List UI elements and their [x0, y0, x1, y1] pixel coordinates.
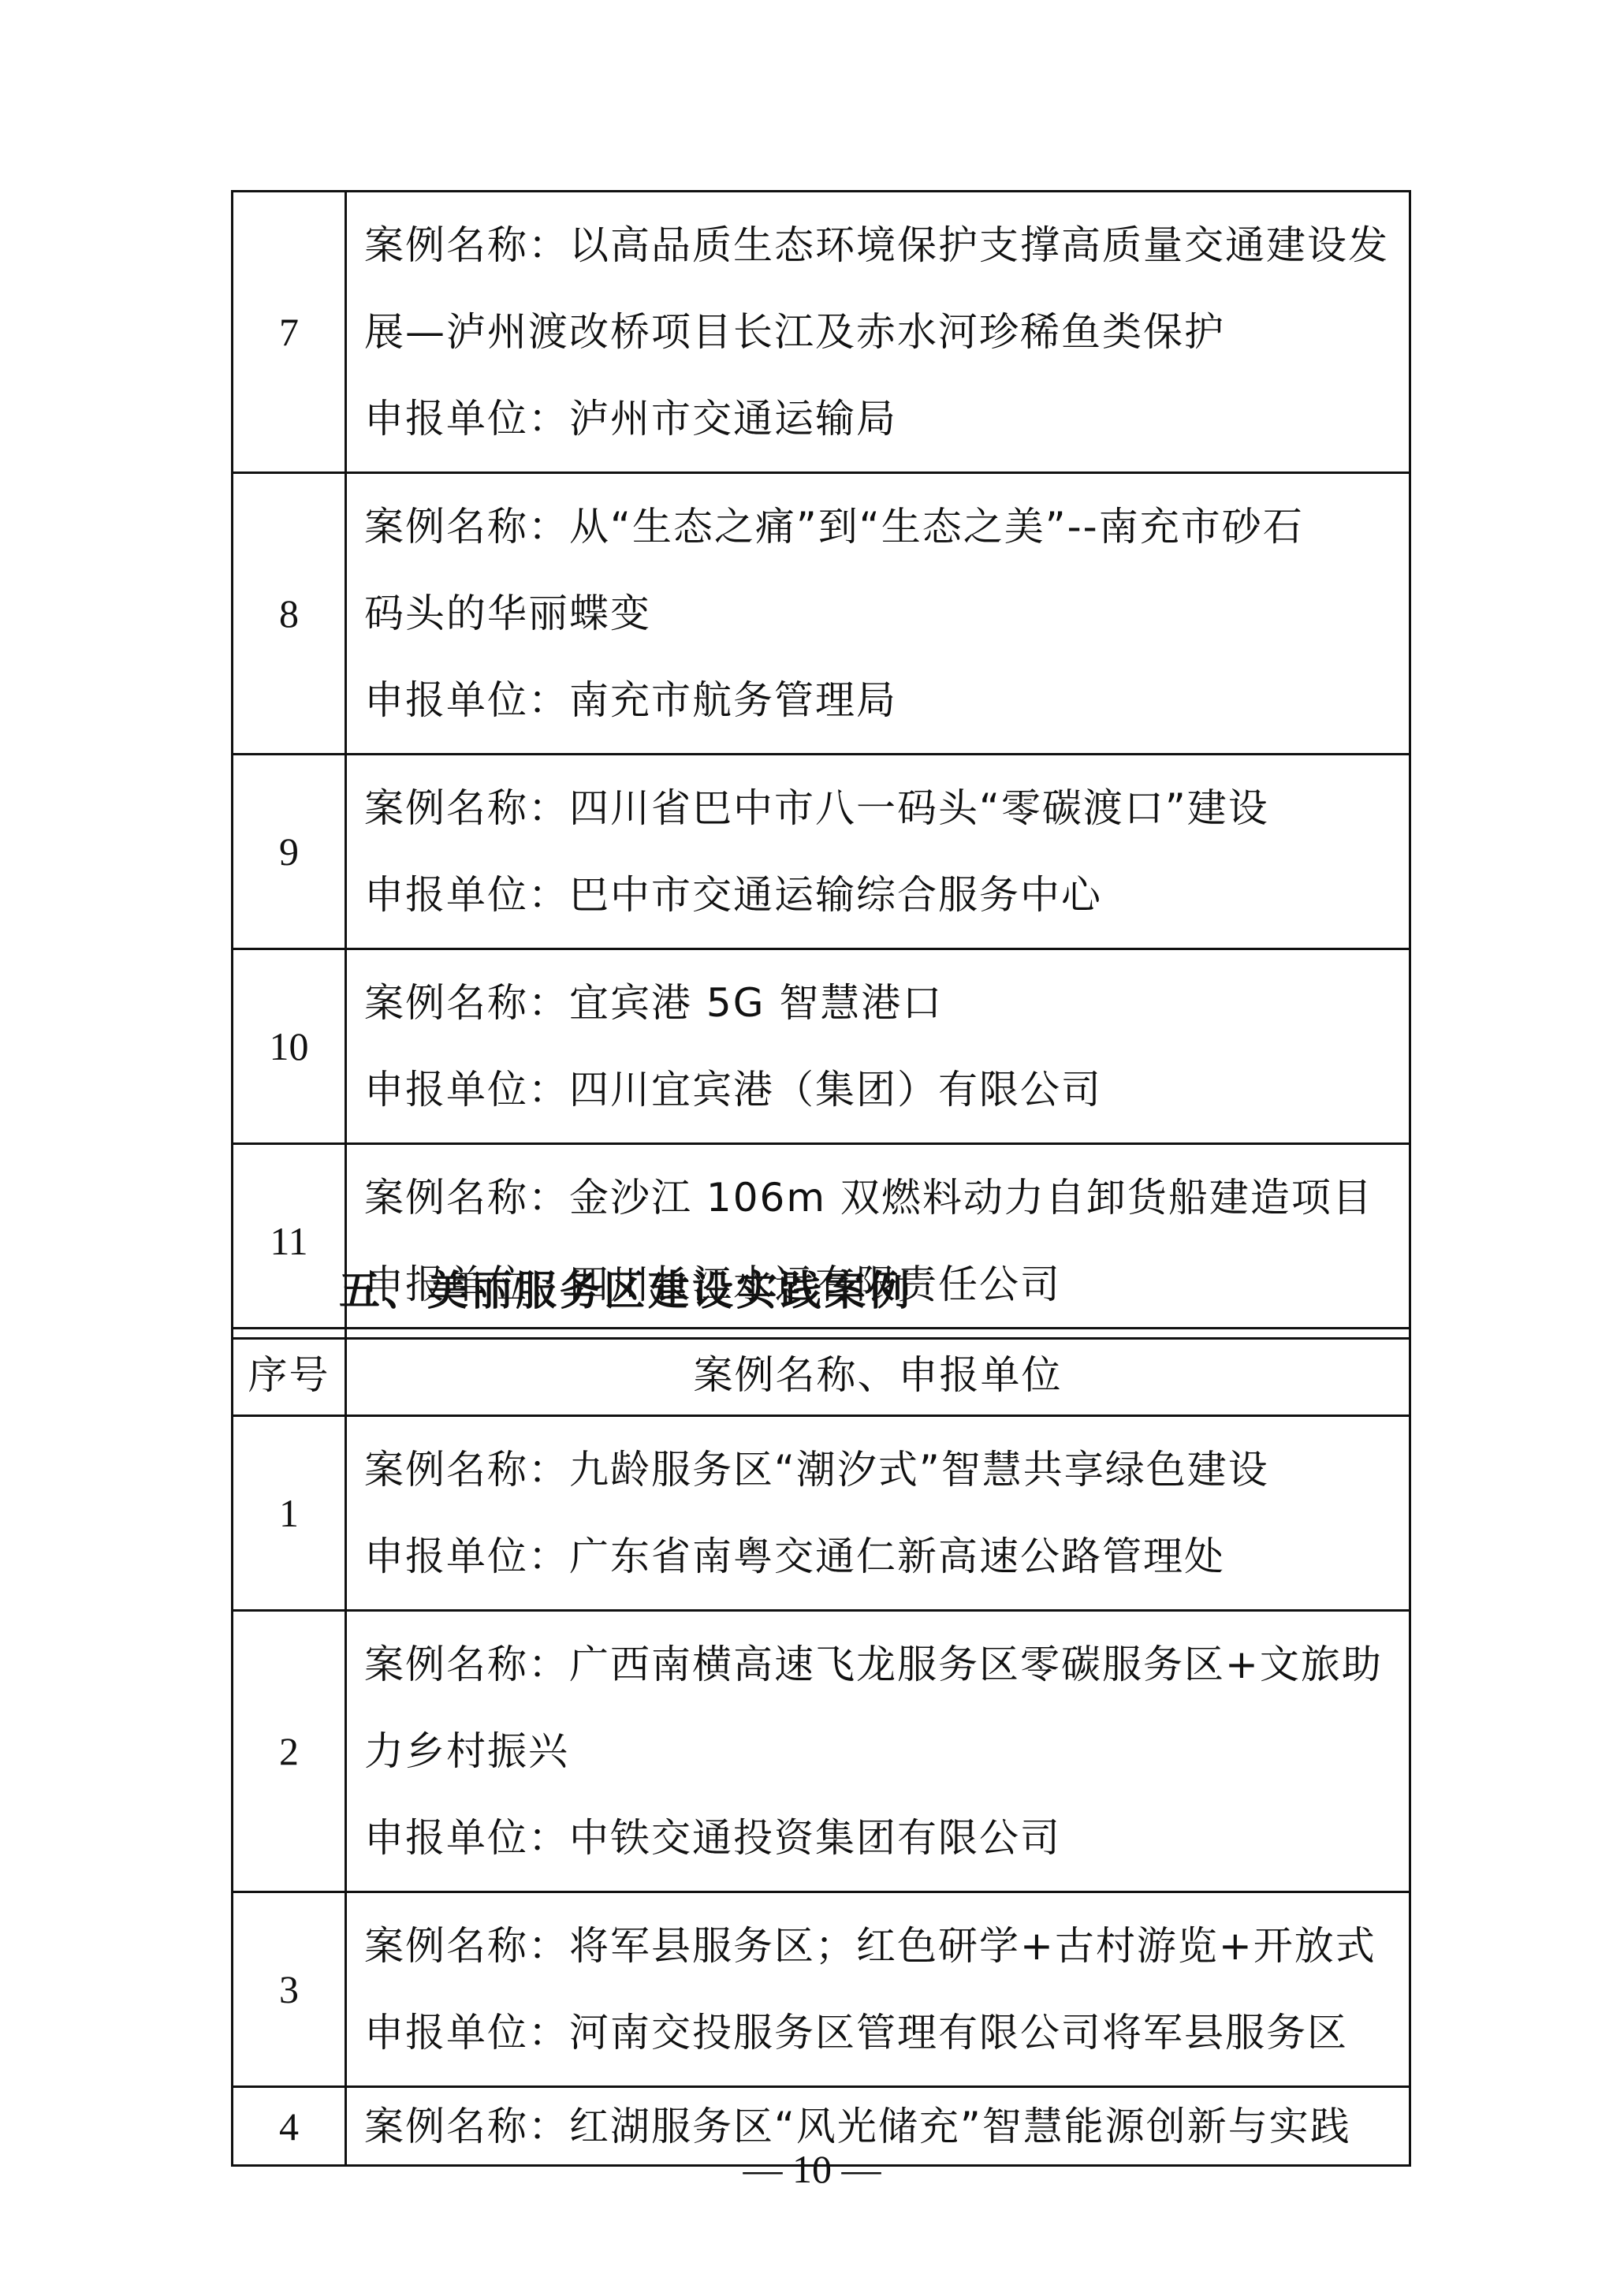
table-row: 10 案例名称：宜宾港 5G 智慧港口 申报单位：四川宜宾港（集团）有限公司: [233, 949, 1410, 1144]
cases-table-transport: 7 案例名称：以高品质生态环境保护支撑高质量交通建设发 展—泸州渡改桥项目长江及…: [231, 190, 1411, 1340]
applicant-line: 申报单位：南充市航务管理局: [364, 657, 1409, 744]
case-cell: 案例名称：从“生态之痛”到“生态之美”--南充市砂石 码头的华丽蝶变 申报单位：…: [346, 473, 1410, 755]
table-row: 3 案例名称：将军县服务区；红色研学+古村游览+开放式 申报单位：河南交投服务区…: [233, 1892, 1410, 2087]
section-heading: 五、美丽服务区建设实践案例: [339, 1258, 913, 1317]
applicant-line: 申报单位：广东省南粤交通仁新高速公路管理处: [364, 1513, 1409, 1600]
row-number: 8: [233, 473, 346, 755]
case-name-line: 案例名称：将军县服务区；红色研学+古村游览+开放式: [364, 1903, 1409, 1989]
case-name-line: 案例名称：广西南横高速飞龙服务区零碳服务区+文旅助: [364, 1621, 1409, 1708]
applicant-line: 申报单位：泸州市交通运输局: [364, 375, 1409, 462]
applicant-line: 申报单位：中铁交通投资集团有限公司: [364, 1795, 1409, 1881]
table-row: 2 案例名称：广西南横高速飞龙服务区零碳服务区+文旅助 力乡村振兴 申报单位：中…: [233, 1611, 1410, 1892]
table-row: 7 案例名称：以高品质生态环境保护支撑高质量交通建设发 展—泸州渡改桥项目长江及…: [233, 192, 1410, 473]
case-name-line: 案例名称：宜宾港 5G 智慧港口: [364, 960, 1409, 1046]
table-row: 9 案例名称：四川省巴中市八一码头“零碳渡口”建设 申报单位：巴中市交通运输综合…: [233, 755, 1410, 949]
case-name-line: 案例名称：四川省巴中市八一码头“零碳渡口”建设: [364, 765, 1409, 852]
case-name-line: 展—泸州渡改桥项目长江及赤水河珍稀鱼类保护: [364, 289, 1409, 375]
cases-table-service-areas: 序号 案例名称、申报单位 1 案例名称：九龄服务区“潮汐式”智慧共享绿色建设 申…: [231, 1327, 1411, 2167]
case-name-line: 案例名称：以高品质生态环境保护支撑高质量交通建设发: [364, 202, 1409, 289]
table-header-row: 序号 案例名称、申报单位: [233, 1329, 1410, 1416]
row-number: 3: [233, 1892, 346, 2087]
row-number: 7: [233, 192, 346, 473]
header-case: 案例名称、申报单位: [346, 1329, 1410, 1416]
applicant-line: 申报单位：河南交投服务区管理有限公司将军县服务区: [364, 1989, 1409, 2076]
row-number: 11: [233, 1144, 346, 1339]
row-number: 10: [233, 949, 346, 1144]
case-name-line: 码头的华丽蝶变: [364, 570, 1409, 657]
case-cell: 案例名称：广西南横高速飞龙服务区零碳服务区+文旅助 力乡村振兴 申报单位：中铁交…: [346, 1611, 1410, 1892]
applicant-line: 申报单位：巴中市交通运输综合服务中心: [364, 852, 1409, 938]
row-number: 9: [233, 755, 346, 949]
row-number: 2: [233, 1611, 346, 1892]
case-cell: 案例名称：四川省巴中市八一码头“零碳渡口”建设 申报单位：巴中市交通运输综合服务…: [346, 755, 1410, 949]
row-number: 1: [233, 1416, 346, 1611]
table-row: 1 案例名称：九龄服务区“潮汐式”智慧共享绿色建设 申报单位：广东省南粤交通仁新…: [233, 1416, 1410, 1611]
page-number: — 10 —: [0, 2146, 1624, 2192]
case-cell: 案例名称：以高品质生态环境保护支撑高质量交通建设发 展—泸州渡改桥项目长江及赤水…: [346, 192, 1410, 473]
case-cell: 案例名称：九龄服务区“潮汐式”智慧共享绿色建设 申报单位：广东省南粤交通仁新高速…: [346, 1416, 1410, 1611]
applicant-line: 申报单位：四川宜宾港（集团）有限公司: [364, 1046, 1409, 1133]
case-cell: 案例名称：宜宾港 5G 智慧港口 申报单位：四川宜宾港（集团）有限公司: [346, 949, 1410, 1144]
header-number: 序号: [233, 1329, 346, 1416]
case-name-line: 案例名称：金沙江 106m 双燃料动力自卸货船建造项目: [364, 1154, 1409, 1241]
table-row: 8 案例名称：从“生态之痛”到“生态之美”--南充市砂石 码头的华丽蝶变 申报单…: [233, 473, 1410, 755]
case-cell: 案例名称：将军县服务区；红色研学+古村游览+开放式 申报单位：河南交投服务区管理…: [346, 1892, 1410, 2087]
case-name-line: 力乡村振兴: [364, 1708, 1409, 1795]
case-name-line: 案例名称：从“生态之痛”到“生态之美”--南充市砂石: [364, 483, 1409, 570]
case-name-line: 案例名称：九龄服务区“潮汐式”智慧共享绿色建设: [364, 1426, 1409, 1513]
